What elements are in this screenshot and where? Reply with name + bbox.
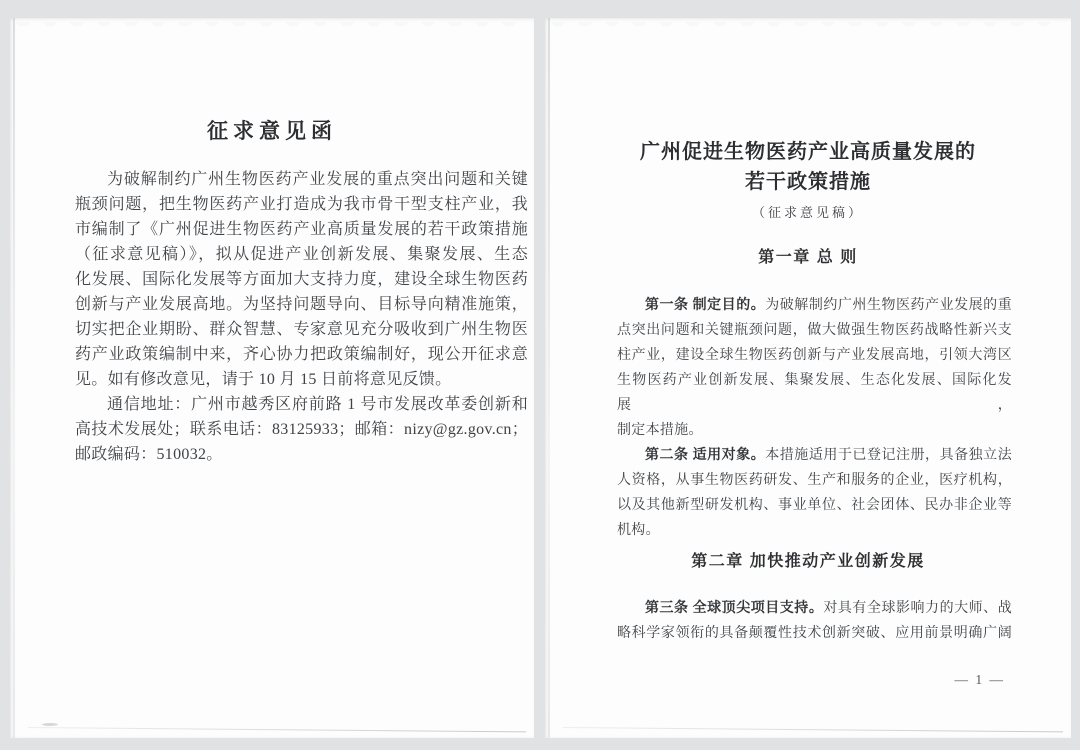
left-page: 征求意见函 为破解制约广州生物医药产业发展的重点突出问题和关键瓶颈问题，把生物医… [10,18,534,738]
text-line: 点突出问题和关键瓶颈问题，做大做强生物医药战略性新兴支 [617,318,1012,343]
text-line: 邮政编码：510032。 [75,442,528,467]
text-line: 创新与产业发展高地。为坚持问题导向、目标导向精准施策， [75,292,528,317]
document-title-line2: 若干政策措施 [545,167,1071,197]
text-line: 第一条 制定目的。为破解制约广州生物医药产业发展的重 [617,293,1012,318]
scan-artifact-bottom-edge [28,727,526,732]
text-line: 化发展、国际化发展等方面加大支持力度，建设全球生物医药 [75,267,528,292]
article-3-body: 第三条 全球顶尖项目支持。对具有全球影响力的大师、战略科学家领衔的具备颠覆性技术… [617,596,1012,646]
text-line: 第三条 全球顶尖项目支持。对具有全球影响力的大师、战 [617,596,1012,621]
document-title-line1: 广州促进生物医药产业高质量发展的 [545,137,1071,167]
text-line: 人资格，从事生物医药研发、生产和服务的企业，医疗机构， [617,468,1012,493]
text-line: 药产业政策编制中来，齐心协力把政策编制好，现公开征求意 [75,342,528,367]
article-lead: 第二条 适用对象。 [645,448,765,463]
text-line: 通信地址：广州市越秀区府前路 1 号市发展改革委创新和 [75,392,528,417]
text-line: 第二条 适用对象。本措施适用于已登记注册，具备独立法 [617,443,1012,468]
scan-smudge [42,723,58,726]
text-line: 机构。 [617,518,1012,543]
left-page-title: 征求意见函 [10,115,534,145]
scanned-document-canvas: 征求意见函 为破解制约广州生物医药产业发展的重点突出问题和关键瓶颈问题，把生物医… [0,0,1080,750]
page-number: — 1 — [955,672,1006,688]
left-page-body: 为破解制约广州生物医药产业发展的重点突出问题和关键瓶颈问题，把生物医药产业打造成… [75,167,528,467]
scan-artifact-bottom-edge [563,727,1063,732]
scan-artifact-top [551,22,1065,36]
text-line: 瓶颈问题，把生物医药产业打造成为我市骨干型支柱产业，我 [75,192,528,217]
text-line: 柱产业，建设全球生物医药创新与产业发展高地，引领大湾区 [617,343,1012,368]
text-line: 切实把企业期盼、群众智慧、专家意见充分吸收到广州生物医 [75,317,528,342]
document-title: 广州促进生物医药产业高质量发展的 若干政策措施 [545,137,1071,197]
text-line: 以及其他新型研发机构、事业单位、社会团体、民办非企业等 [617,493,1012,518]
text-line: 市编制了《广州促进生物医药产业高质量发展的若干政策措施 [75,217,528,242]
text-line: 生物医药产业创新发展、集聚发展、生态化发展、国际化发展， [617,368,1012,418]
text-line: 制定本措施。 [617,418,1012,443]
scan-artifact-top [16,22,528,36]
document-subtitle: （征求意见稿） [545,202,1071,221]
text-line: 略科学家领衔的具备颠覆性技术创新突破、应用前景明确广阔 [617,621,1012,646]
right-page: 广州促进生物医药产业高质量发展的 若干政策措施 （征求意见稿） 第一章 总 则 … [545,18,1071,738]
article-lead: 第三条 全球顶尖项目支持。 [645,601,823,616]
text-line: 见。如有修改意见，请于 10 月 15 日前将意见反馈。 [75,367,528,392]
text-line: （征求意见稿）》，拟从促进产业创新发展、集聚发展、生态 [75,242,528,267]
article-lead: 第一条 制定目的。 [645,298,765,313]
articles-1-2-body: 第一条 制定目的。为破解制约广州生物医药产业发展的重点突出问题和关键瓶颈问题，做… [617,293,1012,543]
text-line: 高技术发展处；联系电话：83125933；邮箱：nizy@gz.gov.cn； [75,417,528,442]
text-line: 为破解制约广州生物医药产业发展的重点突出问题和关键 [75,167,528,192]
chapter-2-heading: 第二章 加快推动产业创新发展 [545,548,1071,571]
chapter-1-heading: 第一章 总 则 [545,244,1071,267]
